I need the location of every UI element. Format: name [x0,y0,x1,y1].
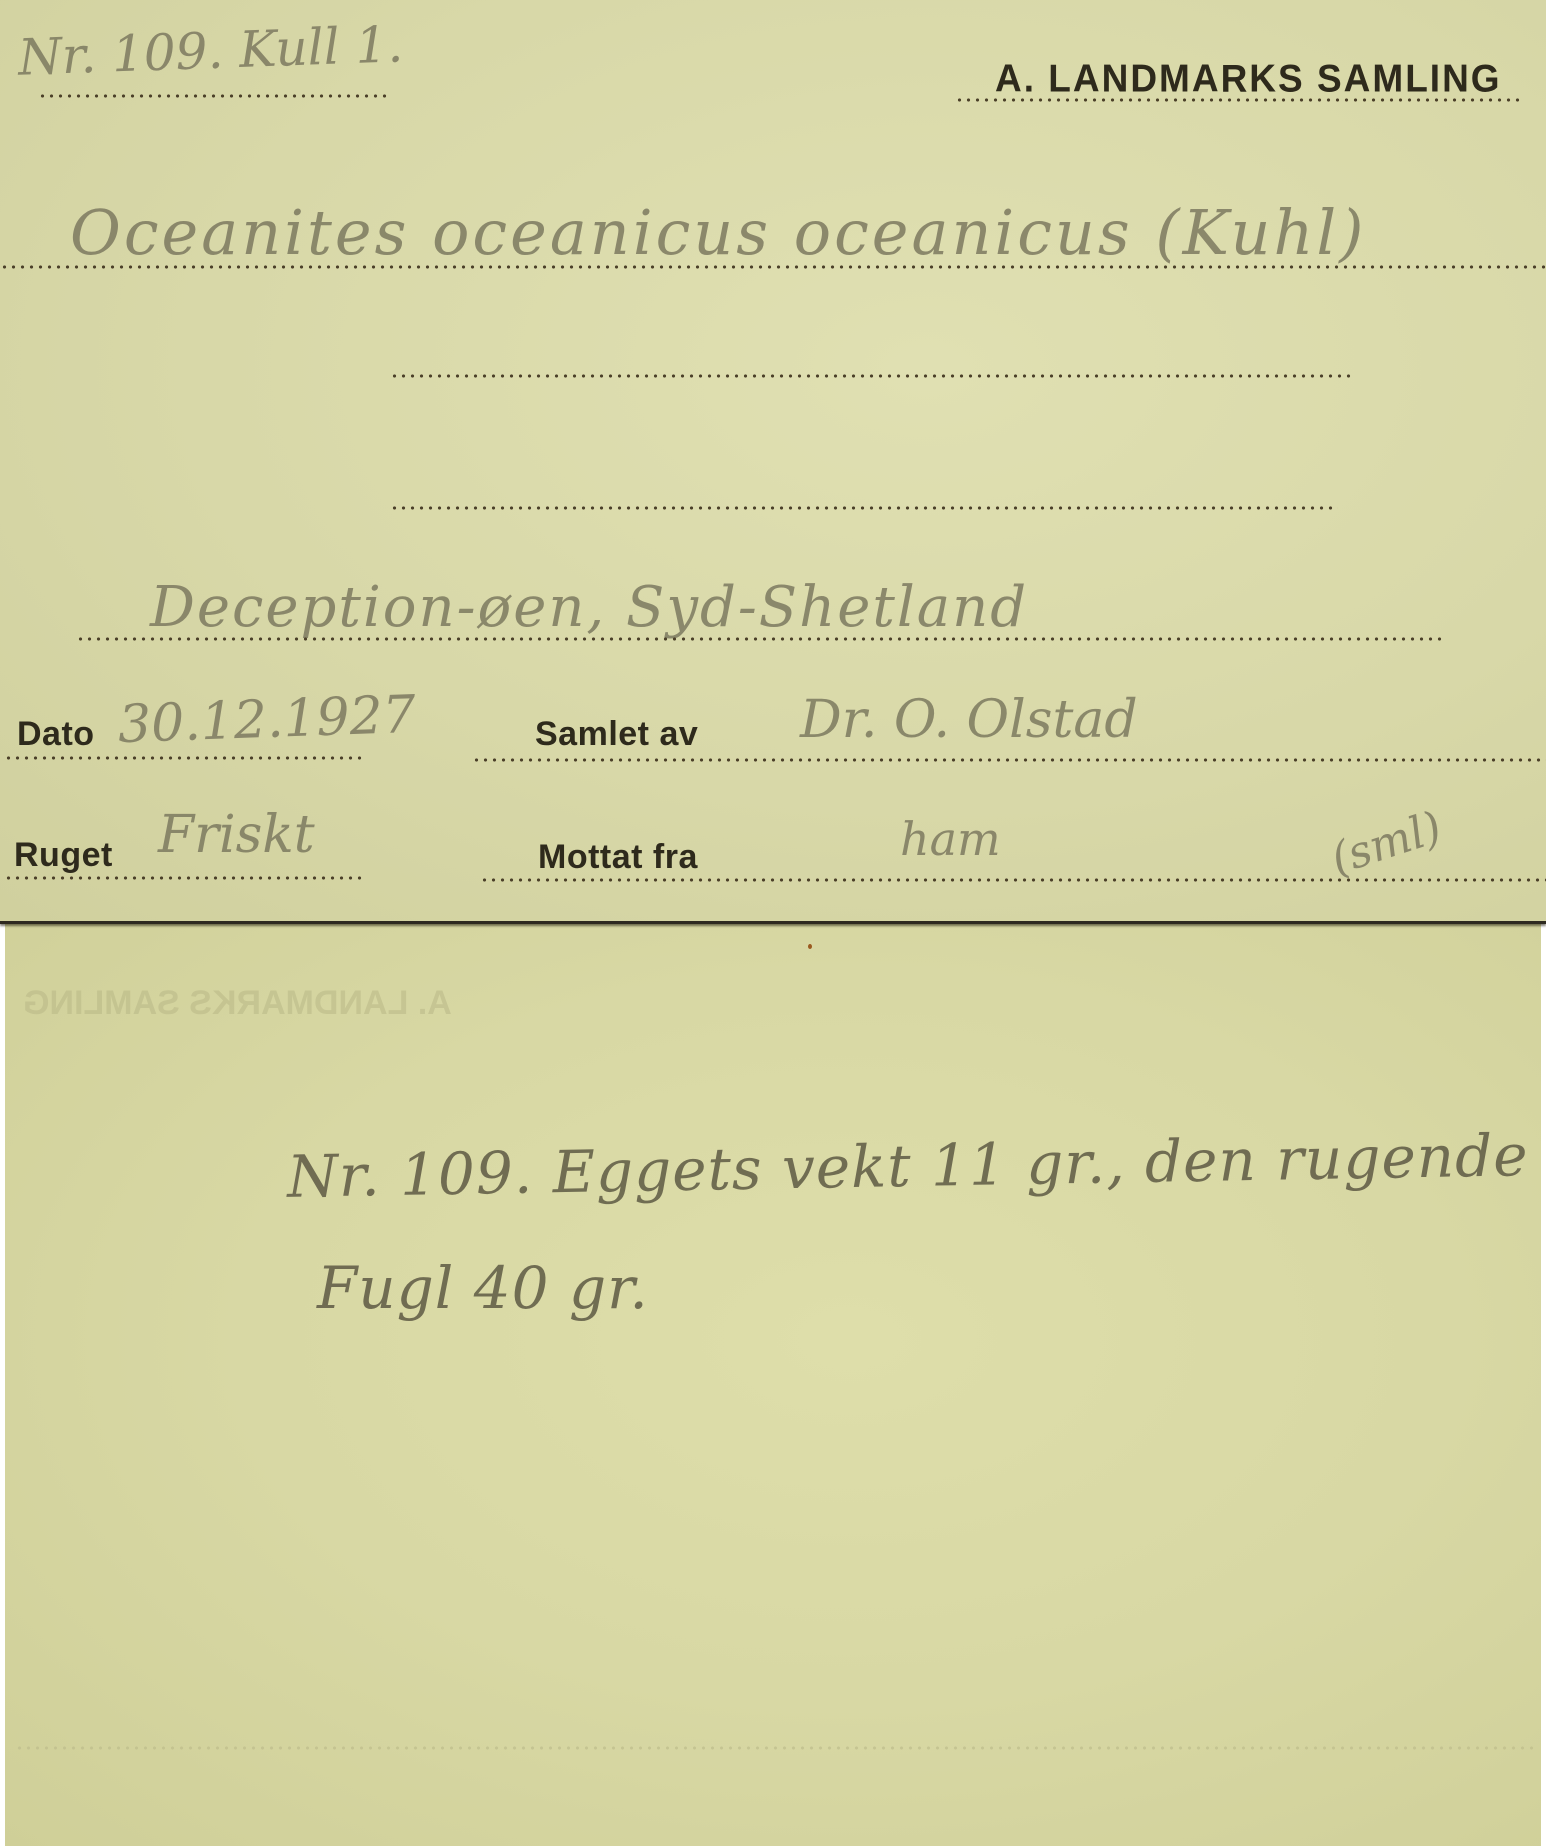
date-value: 30.12.1927 [117,685,417,755]
species-name: Oceanites oceanicus oceanicus (Kuhl) [70,196,1366,269]
incubation-value: Friskt [158,805,315,865]
species-line-3 [390,506,1338,510]
catalog-number: Nr. 109. Kull 1. [17,15,404,86]
back-note-line-2: Fugl 40 gr. [317,1254,649,1322]
locality: Deception-øen, Syd-Shetland [150,575,1028,640]
incubation-line [4,876,364,880]
received-from-note: (sml) [1325,802,1448,885]
locality-line [76,637,1442,641]
collection-title: A. LANDMARKS SAMLING [995,57,1502,101]
incubation-label: Ruget [14,836,113,875]
catalog-number-line [38,94,390,98]
ghost-line-bottom [15,1746,1535,1750]
received-from-label: Mottat fra [538,838,698,877]
ghost-header-text: A. LANDMARKS SAMLING [23,984,452,1023]
species-line-2 [390,374,1352,378]
specimen-card-back: A. LANDMARKS SAMLING Nr. 109. Eggets vek… [5,924,1541,1846]
collected-by-value: Dr. O. Olstad [800,690,1138,750]
received-from-value: ham [900,812,1001,866]
species-line-1 [0,265,1546,269]
date-label: Dato [17,715,95,754]
received-from-line [480,878,1546,882]
collected-by-line [472,758,1546,762]
paper-speck [808,944,812,949]
back-note-line-1: Nr. 109. Eggets vekt 11 gr., den rugende [287,1121,1530,1211]
collection-title-line [955,98,1520,102]
specimen-card-front: Nr. 109. Kull 1. A. LANDMARKS SAMLING Oc… [0,0,1546,924]
date-line [4,756,364,760]
collected-by-label: Samlet av [535,715,698,754]
